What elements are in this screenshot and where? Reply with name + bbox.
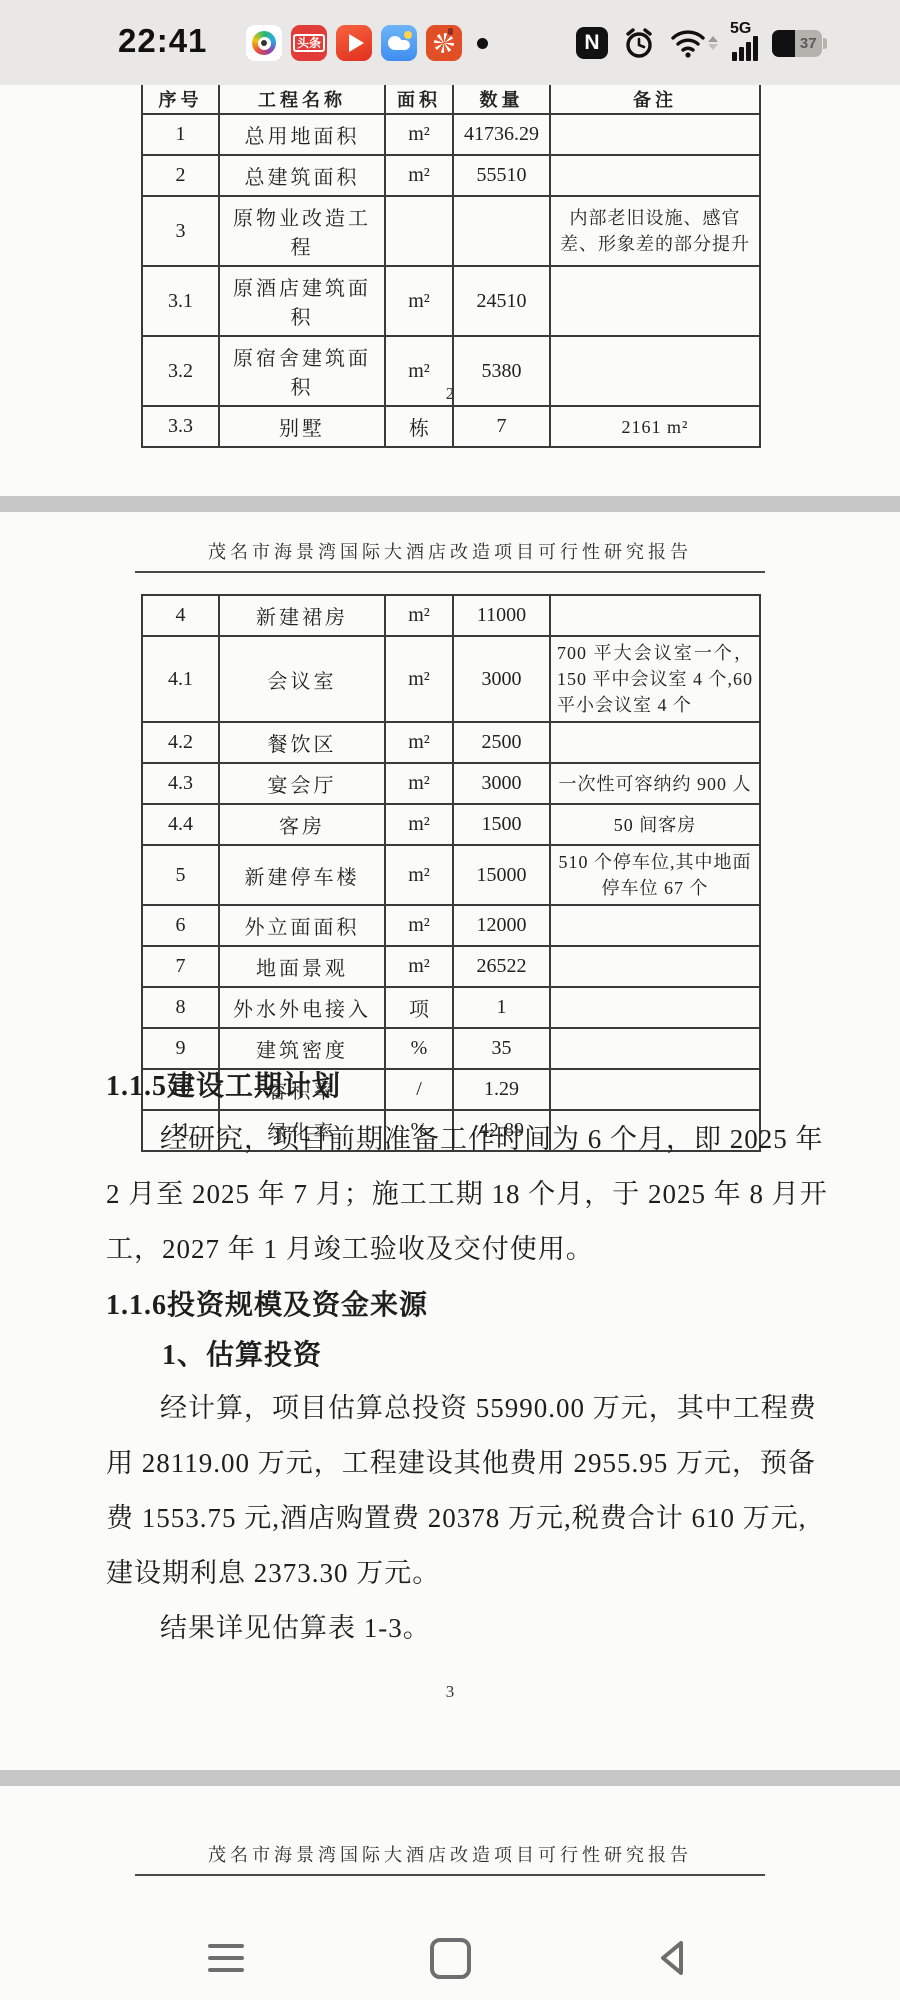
table-cell: m²	[385, 804, 453, 845]
table-cell: 4	[142, 595, 219, 636]
table-cell: 50 间客房	[550, 804, 760, 845]
table-cell: 原酒店建筑面积	[219, 266, 385, 336]
battery-icon: 37	[772, 30, 828, 57]
tomato-stem	[448, 28, 453, 35]
table-cell: 内部老旧设施、感官差、形象差的部分提升	[550, 196, 760, 266]
paragraph-schedule: 经研究，项目前期准备工作时间为 6 个月，即 2025 年2 月至 2025 年…	[106, 1112, 794, 1277]
table-header-cell: 工程名称	[219, 85, 385, 114]
table-cell: 客房	[219, 804, 385, 845]
alarm-clock-icon	[622, 26, 656, 60]
table-cell: 外水外电接入	[219, 987, 385, 1028]
table-cell	[550, 905, 760, 946]
report-title-header: 茂名市海景湾国际大酒店改造项目可行性研究报告	[0, 538, 900, 564]
table-cell: m²	[385, 155, 453, 196]
table-cell	[550, 114, 760, 155]
table-cell	[550, 987, 760, 1028]
color-ring-icon	[252, 31, 276, 55]
text-line: 经计算，项目估算总投资 55990.00 万元，其中工程费	[106, 1381, 794, 1436]
signal-bars-icon: 5G	[732, 26, 758, 61]
table-cell	[550, 595, 760, 636]
table-cell: 别墅	[219, 406, 385, 447]
table-header-cell: 面积	[385, 85, 453, 114]
battery-percent: 37	[795, 30, 823, 57]
table-cell: 3000	[453, 763, 550, 804]
data-arrows-icon	[708, 36, 718, 50]
table-cell: 1	[453, 987, 550, 1028]
page-separator-2	[0, 1770, 900, 1786]
table-row: 1总用地面积m²41736.29	[142, 114, 760, 155]
android-nav-bar	[0, 1928, 900, 1988]
table-cell	[550, 722, 760, 763]
table-cell: 3000	[453, 636, 550, 722]
section-heading-115: 1.1.5建设工期计划	[106, 1062, 794, 1112]
table-cell: 地面景观	[219, 946, 385, 987]
video-play-app-icon	[336, 25, 372, 61]
paragraph-investment: 经计算，项目估算总投资 55990.00 万元，其中工程费用 28119.00 …	[106, 1381, 794, 1601]
status-bar: 22:41 头条 N	[0, 0, 900, 85]
document-body: 1.1.5建设工期计划 经研究，项目前期准备工作时间为 6 个月，即 2025 …	[106, 1062, 794, 1656]
table-cell: 餐饮区	[219, 722, 385, 763]
table-cell: 55510	[453, 155, 550, 196]
table-cell: m²	[385, 636, 453, 722]
home-button[interactable]	[420, 1928, 480, 1988]
text-line: 工，2027 年 1 月竣工验收及交付使用。	[106, 1222, 794, 1277]
battery-fill	[772, 30, 795, 57]
table-cell: 700 平大会议室一个，150 平中会议室 4 个,60 平小会议室 4 个	[550, 636, 760, 722]
table-cell: 项	[385, 987, 453, 1028]
table-cell: 1	[142, 114, 219, 155]
table-cell: 1500	[453, 804, 550, 845]
report-title-header-next-page: 茂名市海景湾国际大酒店改造项目可行性研究报告	[0, 1841, 900, 1867]
table-row: 7地面景观m²26522	[142, 946, 760, 987]
phone-screen: { "status_bar": { "time": "22:41", "app_…	[0, 0, 900, 2000]
table-row: 4.3宴会厅m²3000一次性可容纳约 900 人	[142, 763, 760, 804]
toutiao-app-icon: 头条	[291, 25, 327, 61]
notification-dot-icon	[477, 38, 488, 49]
table-cell: m²	[385, 722, 453, 763]
table-cell: m²	[385, 266, 453, 336]
table-cell: 新建裙房	[219, 595, 385, 636]
page-number-3: 3	[0, 1682, 900, 1702]
table-cell: 4.2	[142, 722, 219, 763]
weather-app-icon	[381, 25, 417, 61]
wifi-icon	[670, 28, 718, 58]
text-line: 2 月至 2025 年 7 月；施工工期 18 个月，于 2025 年 8 月开	[106, 1167, 794, 1222]
table-cell: 2161 m²	[550, 406, 760, 447]
network-type: 5G	[730, 20, 751, 38]
table-cell: m²	[385, 763, 453, 804]
table-row: 3.3别墅栋72161 m²	[142, 406, 760, 447]
table-row: 2总建筑面积m²55510	[142, 155, 760, 196]
table-cell	[453, 196, 550, 266]
table-cell: 12000	[453, 905, 550, 946]
page-number-2: 2	[0, 384, 900, 404]
table-cell: 5	[142, 845, 219, 905]
back-icon	[652, 1936, 692, 1980]
text-line: 建设期利息 2373.30 万元。	[106, 1546, 794, 1601]
table-cell: 11000	[453, 595, 550, 636]
status-icons: N 5G 3	[576, 24, 828, 62]
table-cell	[550, 155, 760, 196]
table-row: 5新建停车楼m²15000510 个停车位,其中地面停车位 67 个	[142, 845, 760, 905]
battery-cap	[823, 38, 827, 49]
table-cell: 41736.29	[453, 114, 550, 155]
table-cell: 6	[142, 905, 219, 946]
table-cell: 新建停车楼	[219, 845, 385, 905]
table-row: 3原物业改造工程内部老旧设施、感官差、形象差的部分提升	[142, 196, 760, 266]
header-rule	[135, 571, 765, 573]
table-row: 4.2餐饮区m²2500	[142, 722, 760, 763]
table-cell: 3.3	[142, 406, 219, 447]
table-cell	[385, 196, 453, 266]
table-cell: 15000	[453, 845, 550, 905]
table-cell: m²	[385, 905, 453, 946]
news-ring-app-icon	[246, 25, 282, 61]
table-row: 4新建裙房m²11000	[142, 595, 760, 636]
table-cell: 7	[142, 946, 219, 987]
table-cell: 4.3	[142, 763, 219, 804]
clock-time: 22:41	[118, 22, 207, 60]
table-cell	[550, 946, 760, 987]
nfc-icon: N	[576, 27, 608, 59]
table-cell: 3	[142, 196, 219, 266]
table-cell: 2500	[453, 722, 550, 763]
toutiao-label: 头条	[293, 34, 325, 52]
table-cell: 栋	[385, 406, 453, 447]
table-cell: 510 个停车位,其中地面停车位 67 个	[550, 845, 760, 905]
notification-icons: 头条	[246, 25, 488, 61]
header-rule-2	[135, 1874, 765, 1876]
page-separator	[0, 496, 900, 512]
subsection-heading-estimate: 1、估算投资	[106, 1331, 794, 1381]
sun-icon	[404, 31, 412, 39]
menu-icon	[208, 1944, 244, 1972]
table-cell: 3.1	[142, 266, 219, 336]
back-button[interactable]	[642, 1928, 702, 1988]
table-cell: m²	[385, 946, 453, 987]
text-line: 用 28119.00 万元，工程建设其他费用 2955.95 万元，预备	[106, 1436, 794, 1491]
table-header-cell: 序号	[142, 85, 219, 114]
table-cell: 原物业改造工程	[219, 196, 385, 266]
home-icon	[430, 1938, 471, 1979]
table-cell: 8	[142, 987, 219, 1028]
table-cell: 2	[142, 155, 219, 196]
table-row: 4.4客房m²150050 间客房	[142, 804, 760, 845]
table-row: 8外水外电接入项1	[142, 987, 760, 1028]
table-cell: 总建筑面积	[219, 155, 385, 196]
table-row: 6外立面面积m²12000	[142, 905, 760, 946]
tomato-novel-app-icon	[426, 25, 462, 61]
table-row: 3.1原酒店建筑面积m²24510	[142, 266, 760, 336]
table-cell: 4.4	[142, 804, 219, 845]
paragraph-result-ref: 结果详见估算表 1-3。	[106, 1601, 794, 1656]
text-line: 费 1553.75 元,酒店购置费 20378 万元,税费合计 610 万元,	[106, 1491, 794, 1546]
table-cell: 24510	[453, 266, 550, 336]
table-cell	[550, 266, 760, 336]
table-cell: 7	[453, 406, 550, 447]
table-cell: 4.1	[142, 636, 219, 722]
table-cell: 26522	[453, 946, 550, 987]
text-line: 经研究，项目前期准备工作时间为 6 个月，即 2025 年	[106, 1112, 794, 1167]
section-heading-116: 1.1.6投资规模及资金来源	[106, 1281, 794, 1331]
play-icon	[349, 34, 364, 52]
table-cell: 总用地面积	[219, 114, 385, 155]
table-cell: 外立面面积	[219, 905, 385, 946]
table-cell: 宴会厅	[219, 763, 385, 804]
tomato-icon	[434, 33, 454, 53]
table-cell: 一次性可容纳约 900 人	[550, 763, 760, 804]
recents-menu-button[interactable]	[196, 1928, 256, 1988]
table-cell: m²	[385, 114, 453, 155]
table-cell: 会议室	[219, 636, 385, 722]
table-header-cell: 备注	[550, 85, 760, 114]
table-cell: m²	[385, 595, 453, 636]
table-header-cell: 数量	[453, 85, 550, 114]
table-cell: m²	[385, 845, 453, 905]
table-row: 4.1会议室m²3000700 平大会议室一个，150 平中会议室 4 个,60…	[142, 636, 760, 722]
